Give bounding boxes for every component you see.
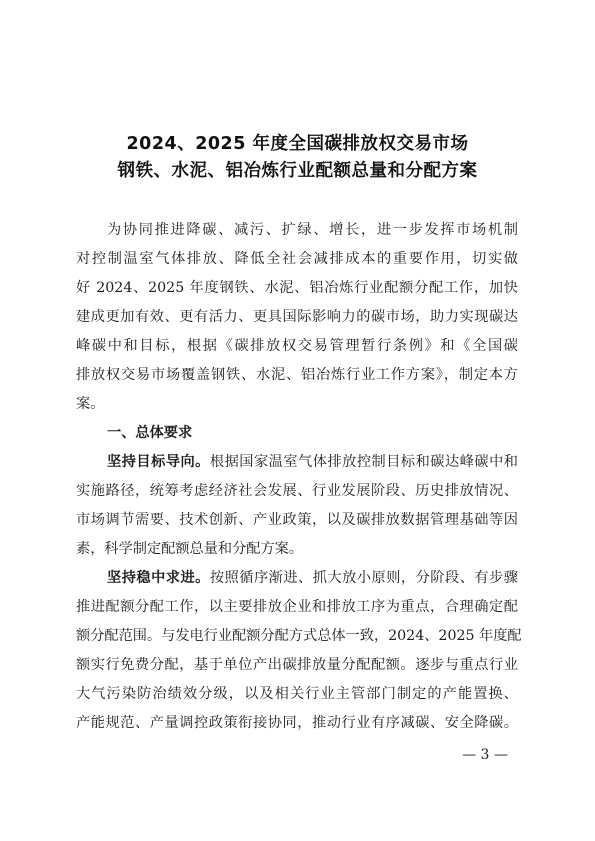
paragraph-line: 推进配额分配工作，以主要排放企业和排放工序为重点，合理确定配	[76, 596, 518, 618]
paragraph-line: 额实行免费分配，基于单位产出碳排放量分配配额。逐步与重点行业	[76, 654, 518, 676]
intro-line: 建成更加有效、更有活力、更具国际影响力的碳市场，助力实现碳达	[76, 306, 518, 328]
paragraph-line: 大气污染防治绩效分级，以及相关行业主管部门制定的产能置换、	[76, 683, 518, 705]
paragraph-line: 素，科学制定配额总量和分配方案。	[76, 538, 518, 560]
intro-line: 排放权交易市场覆盖钢铁、水泥、铝冶炼行业工作方案》，制定本方	[76, 364, 518, 386]
paragraph-first-line: 坚持稳中求进。按照循序渐进、抓大放小原则，分阶段、有步骤	[107, 567, 518, 589]
intro-line: 对控制温室气体排放、降低全社会减排成本的重要作用，切实做	[76, 248, 518, 270]
intro-line: 好 2024、2025 年度钢铁、水泥、铝冶炼行业配额分配工作，加快	[76, 277, 518, 299]
page-number: — 3 —	[455, 747, 515, 763]
paragraph-text: 根据国家温室气体排放控制目标和碳达峰碳中和	[210, 454, 518, 470]
paragraph-line: 实施路径，统筹考虑经济社会发展、行业发展阶段、历史排放情况、	[76, 480, 518, 502]
paragraph-line: 额分配范围。与发电行业配额分配方式总体一致，2024、2025 年度配	[76, 625, 518, 647]
section-heading: 一、总体要求	[107, 422, 518, 444]
document-title-line-1: 2024、2025 年度全国碳排放权交易市场	[0, 130, 595, 155]
intro-line: 峰碳中和目标，根据《碳排放权交易管理暂行条例》和《全国碳	[76, 335, 518, 357]
paragraph-line: 市场调节需要、技术创新、产业政策，以及碳排放数据管理基础等因	[76, 509, 518, 531]
paragraph-text: 按照循序渐进、抓大放小原则，分阶段、有步骤	[210, 570, 518, 586]
paragraph-lead: 坚持稳中求进。	[107, 570, 210, 586]
document-page: 2024、2025 年度全国碳排放权交易市场 钢铁、水泥、铝冶炼行业配额总量和分…	[0, 0, 595, 841]
paragraph-line: 产能规范、产量调控政策衔接协同，推动行业有序减碳、安全降碳。	[76, 712, 518, 734]
document-title-line-2: 钢铁、水泥、铝冶炼行业配额总量和分配方案	[0, 157, 595, 182]
paragraph-first-line: 坚持目标导向。根据国家温室气体排放控制目标和碳达峰碳中和	[107, 451, 518, 473]
paragraph-lead: 坚持目标导向。	[107, 454, 210, 470]
intro-line: 案。	[76, 393, 518, 415]
intro-line: 为协同推进降碳、减污、扩绿、增长，进一步发挥市场机制	[107, 219, 518, 241]
